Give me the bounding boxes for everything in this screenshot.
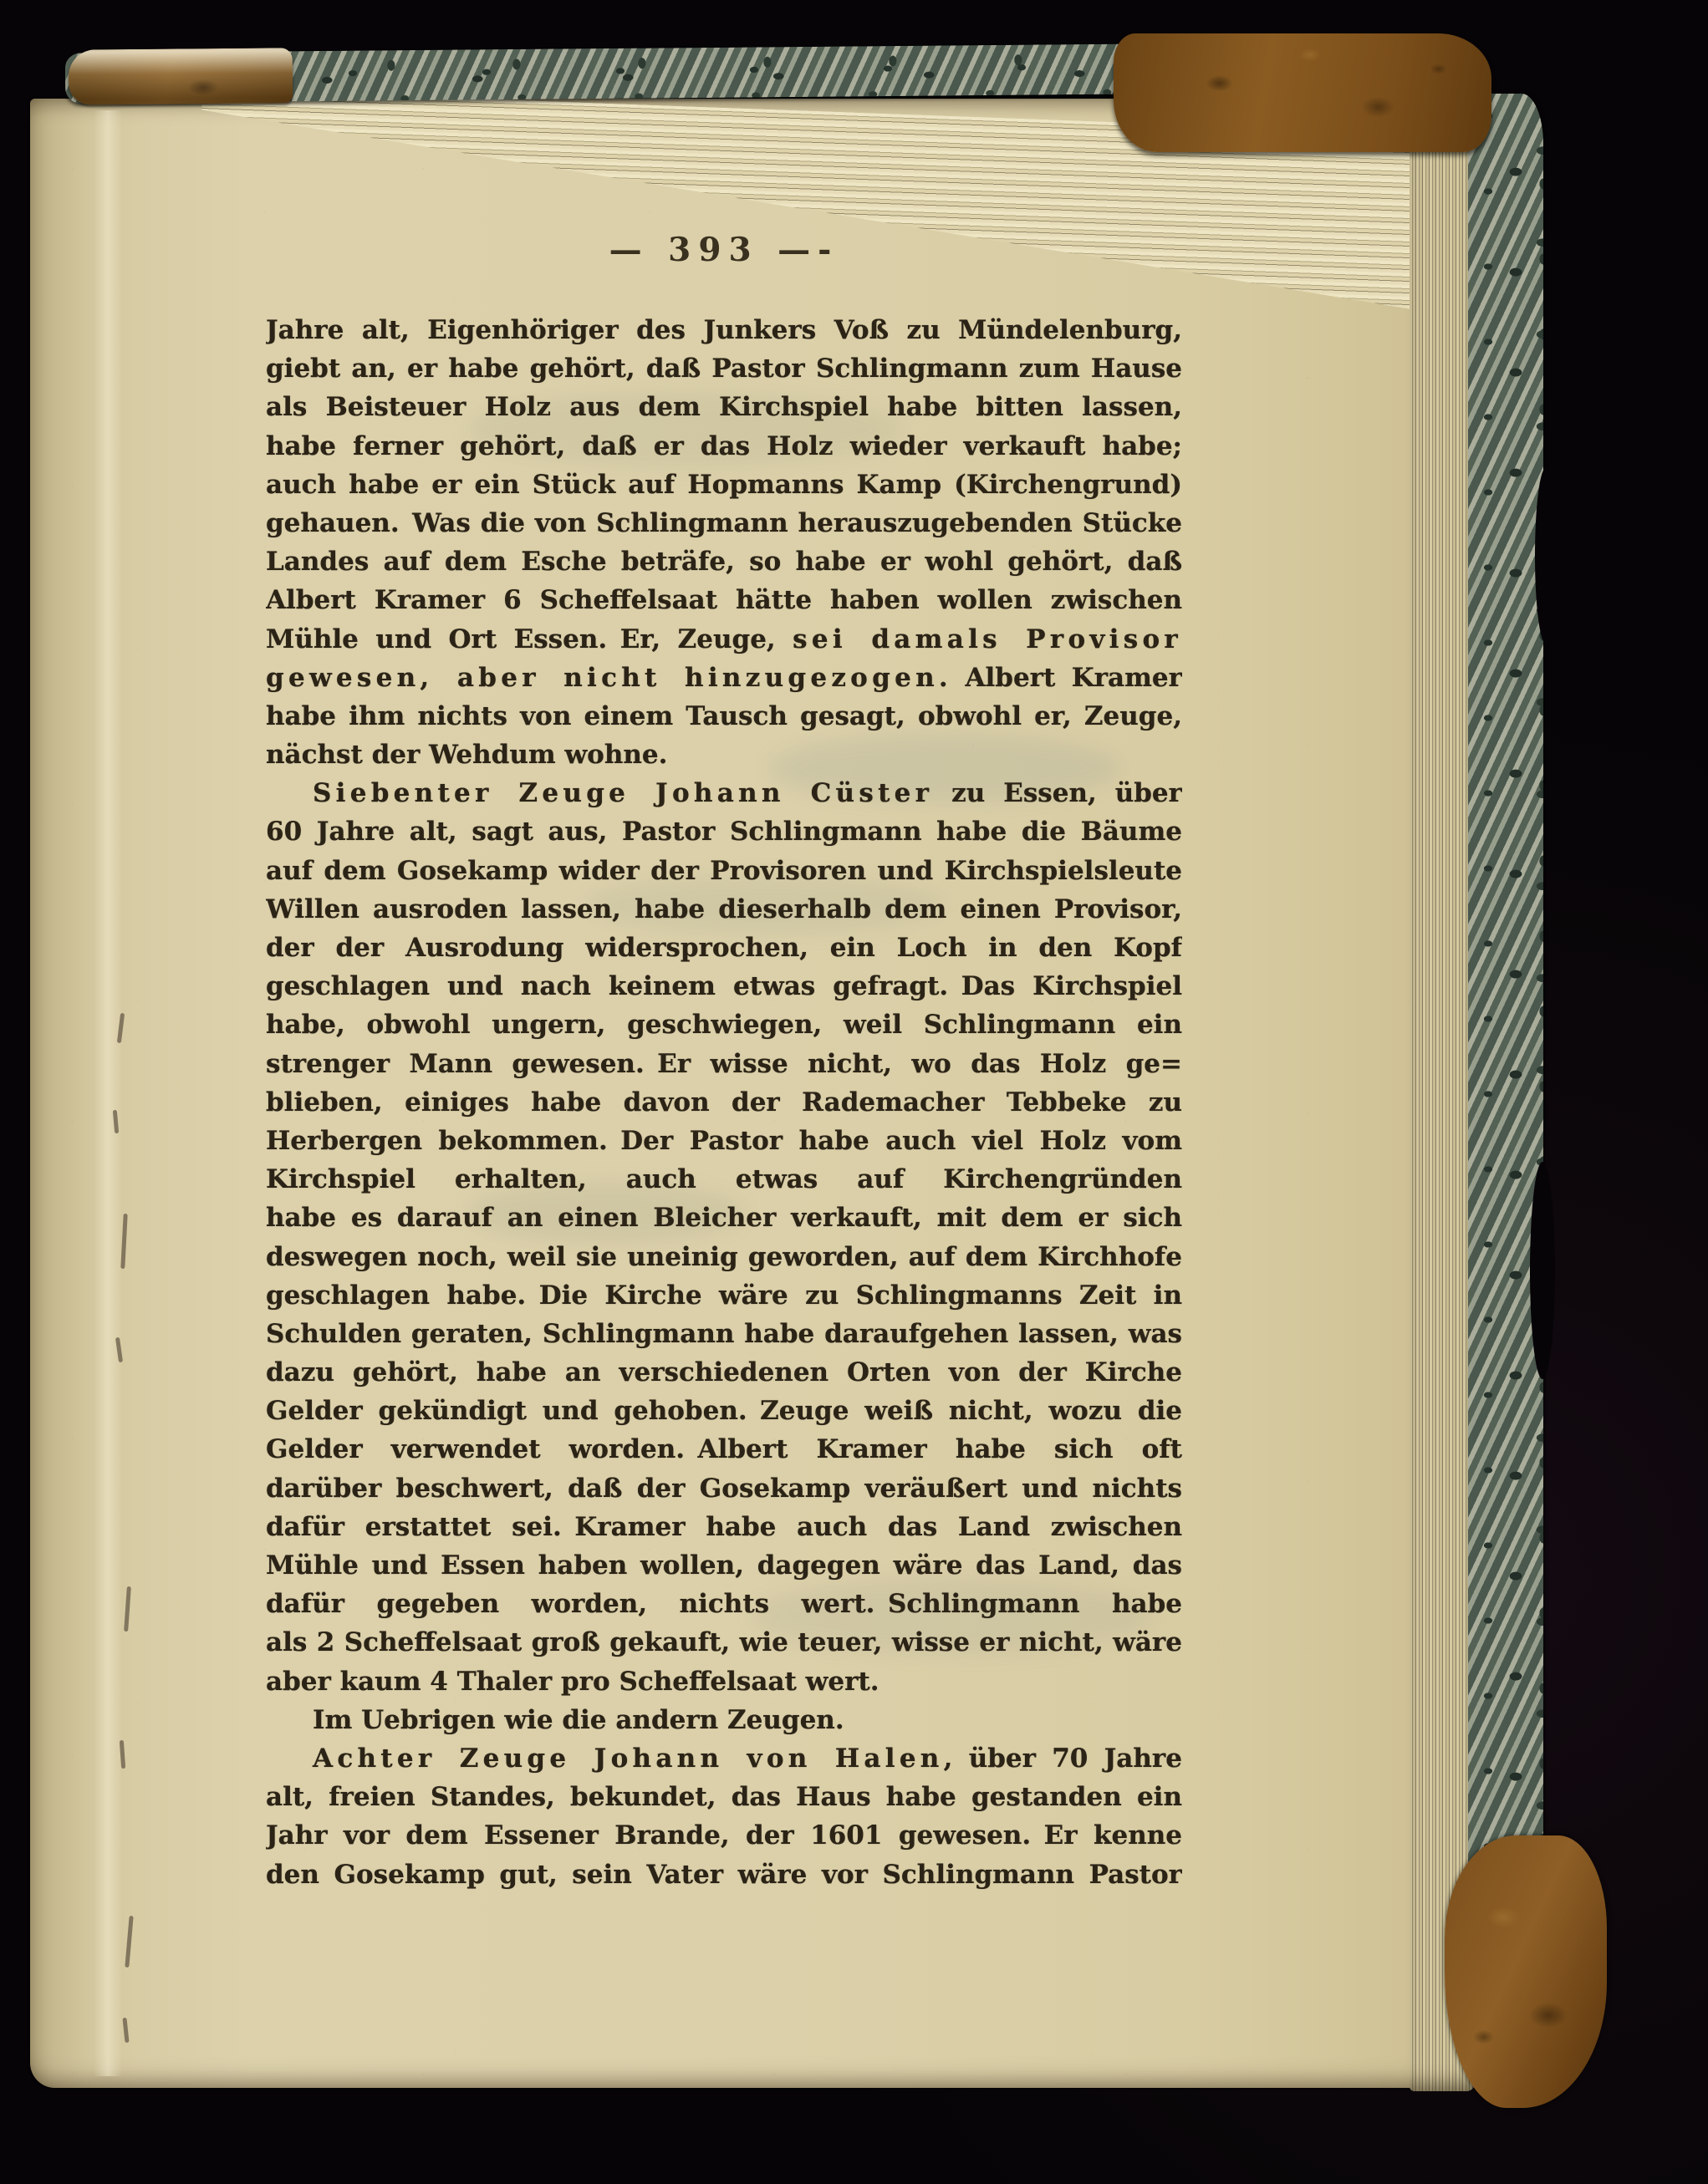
text-segment: alt, freien Standes, bekundet, das Haus … [266, 1782, 1182, 1812]
text-segment: dafür erstattet sei. Kramer habe auch da… [266, 1512, 1182, 1542]
text-segment: gehauen. Was die von Schlingmann herausz… [266, 508, 1182, 538]
text-segment: giebt an, er habe gehört, daß Pastor Sch… [266, 354, 1182, 384]
text-segment: strenger Mann gewesen. Er wisse nicht, w… [266, 1049, 1182, 1079]
text-segment: auf dem Gosekamp wider der Provisoren un… [266, 856, 1182, 886]
text-segment: Gelder gekündigt und gehoben. Zeuge weiß… [266, 1396, 1182, 1426]
text-segment: Gelder verwendet worden. Albert Kramer h… [266, 1434, 1182, 1464]
text-line: gewesen, aber nicht hinzugezogen. Albert… [266, 659, 1182, 697]
glossy-leather-strip [69, 48, 293, 104]
text-segment: Albert Kramer [952, 663, 1182, 693]
text-line: Kirchspiel erhalten, auch etwas auf Kirc… [266, 1160, 1182, 1199]
text-segment: als 2 Scheffelsaat groß gekauft, wie teu… [266, 1627, 1182, 1657]
text-segment: den Gosekamp gut, sein Vater wäre vor Sc… [266, 1860, 1182, 1890]
text-segment: darüber beschwert, daß der Gosekamp verä… [266, 1474, 1182, 1504]
letterspaced-text-segment: Siebenter Zeuge Johann Cüster [313, 778, 933, 808]
text-line: dazu gehört, habe an verschiedenen Orten… [266, 1353, 1182, 1392]
text-line: habe ferner gehört, daß er das Holz wied… [266, 427, 1182, 466]
text-line: Mühle und Ort Essen. Er, Zeuge, sei dama… [266, 620, 1182, 659]
text-line: habe, obwohl ungern, geschwiegen, weil S… [266, 1005, 1182, 1044]
text-line: giebt an, er habe gehört, daß Pastor Sch… [266, 349, 1182, 388]
text-segment: Jahr vor dem Essener Brande, der 1601 ge… [266, 1820, 1182, 1851]
text-line: geschlagen habe. Die Kirche wäre zu Schl… [266, 1276, 1182, 1315]
text-line: der der Ausrodung widersprochen, ein Loc… [266, 929, 1182, 967]
text-segment: als Beisteuer Holz aus dem Kirchspiel ha… [266, 392, 1182, 422]
text-line: Herbergen bekommen. Der Pastor habe auch… [266, 1122, 1182, 1160]
text-line: Jahre alt, Eigenhöriger des Junkers Voß … [266, 311, 1182, 349]
text-line: dafür erstattet sei. Kramer habe auch da… [266, 1508, 1182, 1546]
text-segment: deswegen noch, weil sie uneinig geworden… [266, 1242, 1182, 1272]
text-line: den Gosekamp gut, sein Vater wäre vor Sc… [266, 1856, 1182, 1894]
text-segment: geschlagen und nach keinem etwas gefragt… [266, 971, 1182, 1001]
text-line: blieben, einiges habe davon der Rademach… [266, 1083, 1182, 1122]
text-segment: habe ferner gehört, daß er das Holz wied… [266, 431, 1182, 461]
text-segment: Schulden geraten, Schlingmann habe darau… [266, 1319, 1182, 1349]
letterspaced-text-segment: sei damals Provisor [793, 624, 1182, 654]
text-line: habe es darauf an einen Bleicher verkauf… [266, 1199, 1182, 1237]
text-line: Landes auf dem Esche beträfe, so habe er… [266, 542, 1182, 581]
text-line: Gelder verwendet worden. Albert Kramer h… [266, 1430, 1182, 1469]
text-segment: habe es darauf an einen Bleicher verkauf… [266, 1203, 1182, 1233]
text-segment: Mühle und Ort Essen. Er, Zeuge, [266, 624, 793, 654]
text-line: als Beisteuer Holz aus dem Kirchspiel ha… [266, 388, 1182, 426]
leather-corner-bottom-right [1445, 1835, 1607, 2108]
text-line: habe ihm nichts von einem Tausch gesagt,… [266, 697, 1182, 736]
text-line: Albert Kramer 6 Scheffelsaat hätte haben… [266, 581, 1182, 619]
text-line: deswegen noch, weil sie uneinig geworden… [266, 1238, 1182, 1276]
text-segment: habe ihm nichts von einem Tausch gesagt,… [266, 701, 1182, 731]
text-line: Mühle und Essen haben wollen, dagegen wä… [266, 1546, 1182, 1585]
text-segment: Albert Kramer 6 Scheffelsaat hätte haben… [266, 585, 1182, 615]
text-segment: 60 Jahre alt, sagt aus, Pastor Schlingma… [266, 817, 1182, 847]
text-segment: habe, obwohl ungern, geschwiegen, weil S… [266, 1010, 1182, 1040]
text-line: Im Uebrigen wie die andern Zeugen. [266, 1701, 1182, 1739]
text-segment: der der Ausrodung widersprochen, ein Loc… [266, 933, 1182, 963]
text-segment: , über 70 Jahre [944, 1744, 1182, 1774]
text-segment: Jahre alt, Eigenhöriger des Junkers Voß … [266, 315, 1182, 345]
text-line: Siebenter Zeuge Johann Cüster zu Essen, … [266, 774, 1182, 812]
text-segment: nächst der Wehdum wohne. [266, 740, 667, 770]
text-segment: blieben, einiges habe davon der Rademach… [266, 1087, 1182, 1117]
text-line: auf dem Gosekamp wider der Provisoren un… [266, 852, 1182, 890]
text-segment: aber kaum 4 Thaler pro Scheffelsaat wert… [266, 1667, 879, 1697]
text-line: Achter Zeuge Johann von Halen, über 70 J… [266, 1739, 1182, 1778]
text-line: nächst der Wehdum wohne. [266, 736, 1182, 774]
text-segment: Kirchspiel erhalten, auch etwas auf Kirc… [266, 1164, 1182, 1199]
binding-gutter-crease [94, 110, 122, 2076]
text-line: auch habe er ein Stück auf Hopmanns Kamp… [266, 466, 1182, 504]
text-line: gehauen. Was die von Schlingmann herausz… [266, 504, 1182, 542]
text-segment: geschlagen habe. Die Kirche wäre zu Schl… [266, 1280, 1182, 1311]
leather-corner-top-right [1114, 33, 1491, 152]
text-segment: Im Uebrigen wie die andern Zeugen. [313, 1705, 844, 1735]
text-line: strenger Mann gewesen. Er wisse nicht, w… [266, 1045, 1182, 1083]
text-line: 60 Jahre alt, sagt aus, Pastor Schlingma… [266, 812, 1182, 851]
text-line: als 2 Scheffelsaat groß gekauft, wie teu… [266, 1623, 1182, 1662]
text-line: Schulden geraten, Schlingmann habe darau… [266, 1315, 1182, 1353]
text-segment: Mühle und Essen haben wollen, dagegen wä… [266, 1550, 1182, 1581]
text-line: Gelder gekündigt und gehoben. Zeuge weiß… [266, 1392, 1182, 1430]
page-stack-fore-edge [1410, 125, 1475, 2091]
text-line: alt, freien Standes, bekundet, das Haus … [266, 1778, 1182, 1816]
text-segment: auch habe er ein Stück auf Hopmanns Kamp… [266, 470, 1182, 500]
text-line: aber kaum 4 Thaler pro Scheffelsaat wert… [266, 1662, 1182, 1701]
text-segment: zu Essen, über [933, 778, 1182, 808]
cover-edge-notch [1535, 468, 1557, 644]
marbled-cover-fore-edge [1468, 94, 1543, 1984]
text-line: geschlagen und nach keinem etwas gefragt… [266, 967, 1182, 1005]
text-line: dafür gegeben worden, nichts wert. Schli… [266, 1585, 1182, 1623]
text-block: Jahre alt, Eigenhöriger des Junkers Voß … [266, 311, 1182, 1894]
text-segment: Willen ausroden lassen, habe dieserhalb … [266, 894, 1182, 924]
text-segment: Landes auf dem Esche beträfe, so habe er… [266, 547, 1182, 577]
letterspaced-text-segment: gewesen, aber nicht hinzugezogen. [266, 663, 952, 693]
text-line: darüber beschwert, daß der Gosekamp verä… [266, 1469, 1182, 1508]
letterspaced-text-segment: Achter Zeuge Johann von Halen [313, 1744, 944, 1774]
text-segment: dazu gehört, habe an verschiedenen Orten… [266, 1357, 1182, 1392]
text-segment: dafür gegeben worden, nichts wert. Schli… [266, 1589, 1182, 1623]
text-line: Jahr vor dem Essener Brande, der 1601 ge… [266, 1816, 1182, 1855]
cover-edge-notch [1530, 1162, 1555, 1379]
text-segment: Herbergen bekommen. Der Pastor habe auch… [266, 1126, 1182, 1156]
text-line: Willen ausroden lassen, habe dieserhalb … [266, 890, 1182, 929]
scanned-book-photo: — 393 —- Jahre alt, Eigenhöriger des Jun… [0, 0, 1708, 2184]
marbled-cover-top-edge [65, 43, 1150, 103]
